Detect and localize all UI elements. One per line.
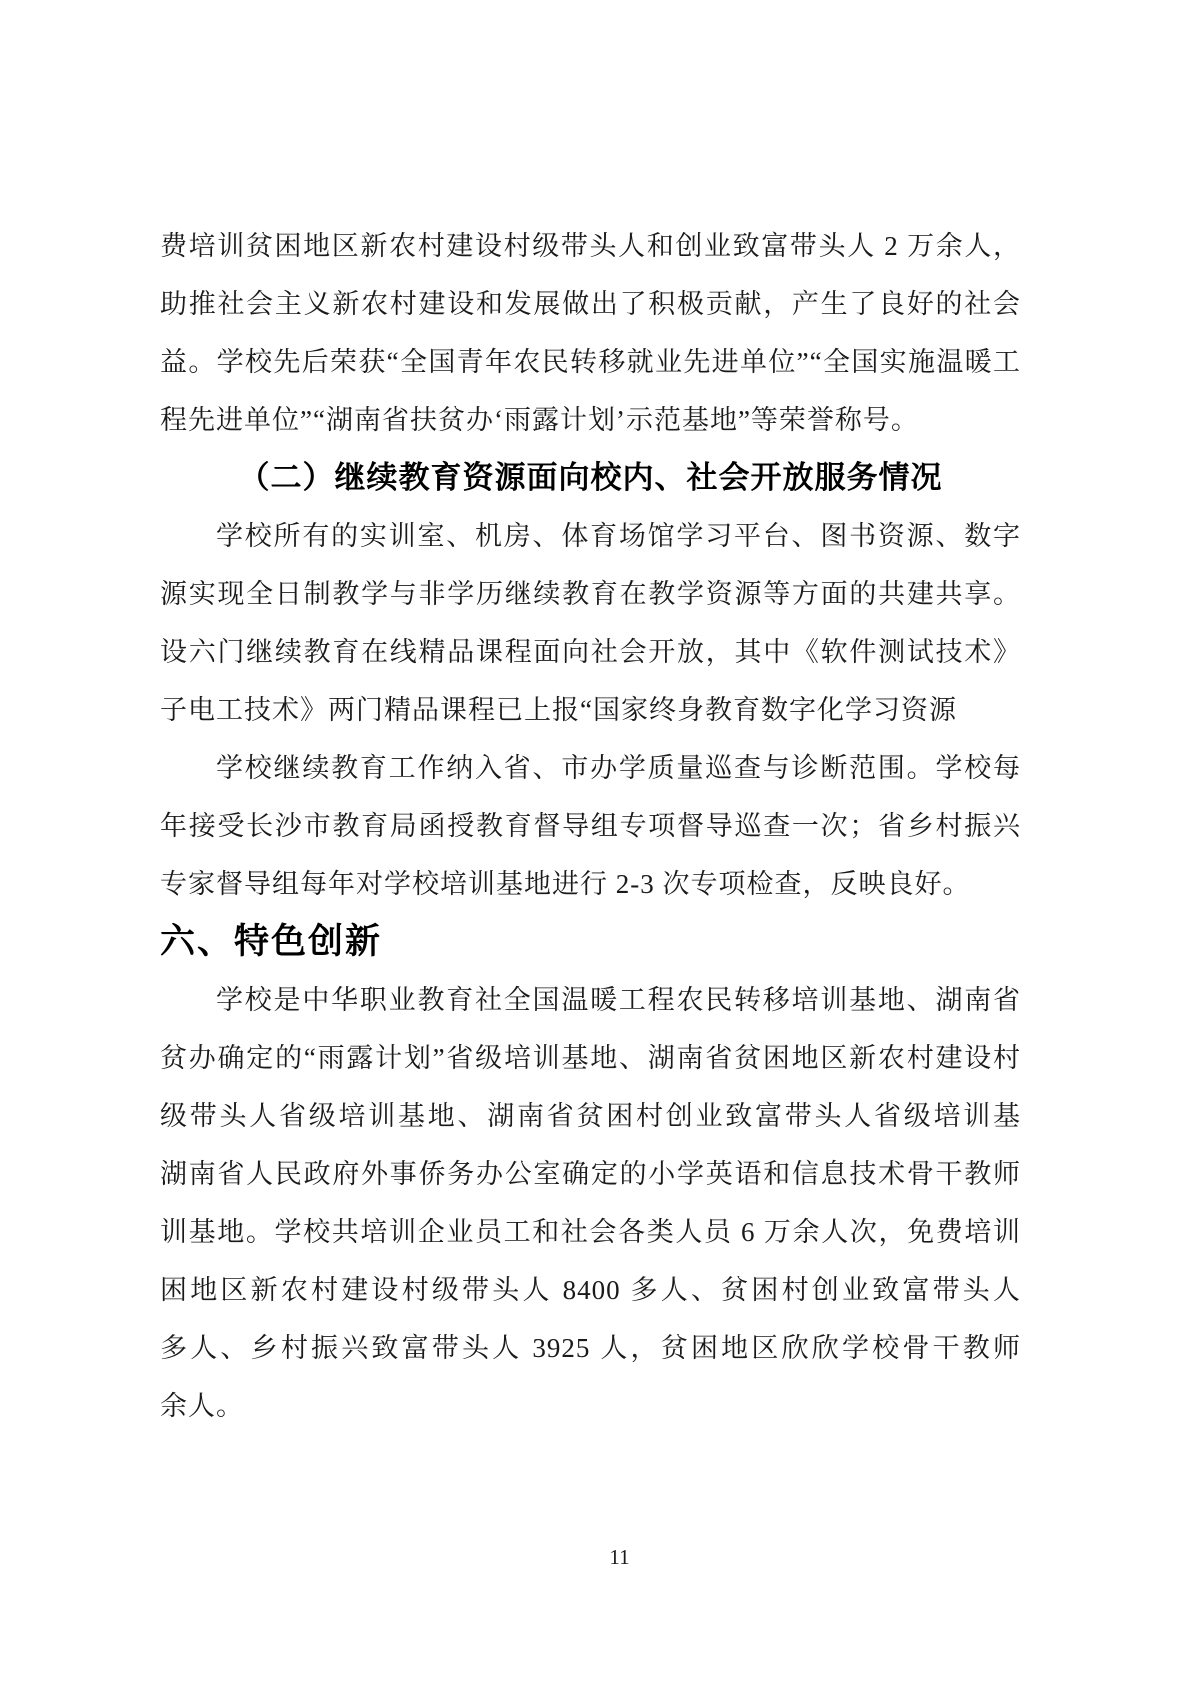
body-text-line: 困地区新农村建设村级带头人 8400 多人、贫困村创业致富带头人 7200: [160, 1261, 1021, 1319]
body-text-line: 年接受长沙市教育局函授教育督导组专项督导巡查一次；省乡村振兴局: [160, 797, 1021, 855]
paragraph-resource-sharing: 学校所有的实训室、机房、体育场馆学习平台、图书资源、数字资 源实现全日制教学与非…: [160, 507, 1021, 739]
body-text-line: 子电工技术》两门精品课程已上报“国家终身教育数字化学习资源库”。: [160, 681, 1021, 739]
body-text-line: 益。学校先后荣获“全国青年农民转移就业先进单位”“全国实施温暖工: [160, 333, 1021, 391]
body-text-line: 设六门继续教育在线精品课程面向社会开放，其中《软件测试技术》《电: [160, 623, 1021, 681]
section-heading-special-innovation: 六、特色创新: [160, 913, 1021, 971]
body-text-line: 程先进单位”“湖南省扶贫办‘雨露计划’示范基地”等荣誉称号。: [160, 391, 1021, 449]
body-text-line: 费培训贫困地区新农村建设村级带头人和创业致富带头人 2 万余人，为: [160, 217, 1021, 275]
body-text-line: 贫办确定的“雨露计划”省级培训基地、湖南省贫困地区新农村建设村: [160, 1029, 1021, 1087]
body-text-line: 学校是中华职业教育社全国温暖工程农民转移培训基地、湖南省扶: [160, 971, 1021, 1029]
page-number: 11: [609, 1545, 629, 1569]
document-page: 费培训贫困地区新农村建设村级带头人和创业致富带头人 2 万余人，为 助推社会主义…: [0, 0, 1191, 1684]
body-text-line: 专家督导组每年对学校培训基地进行 2-3 次专项检查，反映良好。: [160, 855, 1021, 913]
page-footer: 11: [48, 1545, 1191, 1570]
body-text-line: 级带头人省级培训基地、湖南省贫困村创业致富带头人省级培训基地、: [160, 1087, 1021, 1145]
body-text-line: 学校所有的实训室、机房、体育场馆学习平台、图书资源、数字资: [160, 507, 1021, 565]
text-column: 费培训贫困地区新农村建设村级带头人和创业致富带头人 2 万余人，为 助推社会主义…: [160, 217, 1021, 1435]
body-text-line: 余人。: [160, 1377, 1021, 1435]
body-text-line: 学校继续教育工作纳入省、市办学质量巡查与诊断范围。学校每学: [160, 739, 1021, 797]
body-text-line: 源实现全日制教学与非学历继续教育在教学资源等方面的共建共享。建: [160, 565, 1021, 623]
body-text-line: 助推社会主义新农村建设和发展做出了积极贡献，产生了良好的社会效: [160, 275, 1021, 333]
body-text-line: 多人、乡村振兴致富带头人 3925 人，贫困地区欣欣学校骨干教师 1500: [160, 1319, 1021, 1377]
body-text-line: 湖南省人民政府外事侨务办公室确定的小学英语和信息技术骨干教师培: [160, 1145, 1021, 1203]
paragraph-quality-inspection: 学校继续教育工作纳入省、市办学质量巡查与诊断范围。学校每学 年接受长沙市教育局函…: [160, 739, 1021, 913]
subsection-heading-resources-open-service: （二）继续教育资源面向校内、社会开放服务情况: [160, 449, 1021, 507]
body-text-line: 训基地。学校共培训企业员工和社会各类人员 6 万余人次，免费培训贫: [160, 1203, 1021, 1261]
paragraph-training-bases: 学校是中华职业教育社全国温暖工程农民转移培训基地、湖南省扶 贫办确定的“雨露计划…: [160, 971, 1021, 1435]
paragraph-honors-continuation: 费培训贫困地区新农村建设村级带头人和创业致富带头人 2 万余人，为 助推社会主义…: [160, 217, 1021, 449]
